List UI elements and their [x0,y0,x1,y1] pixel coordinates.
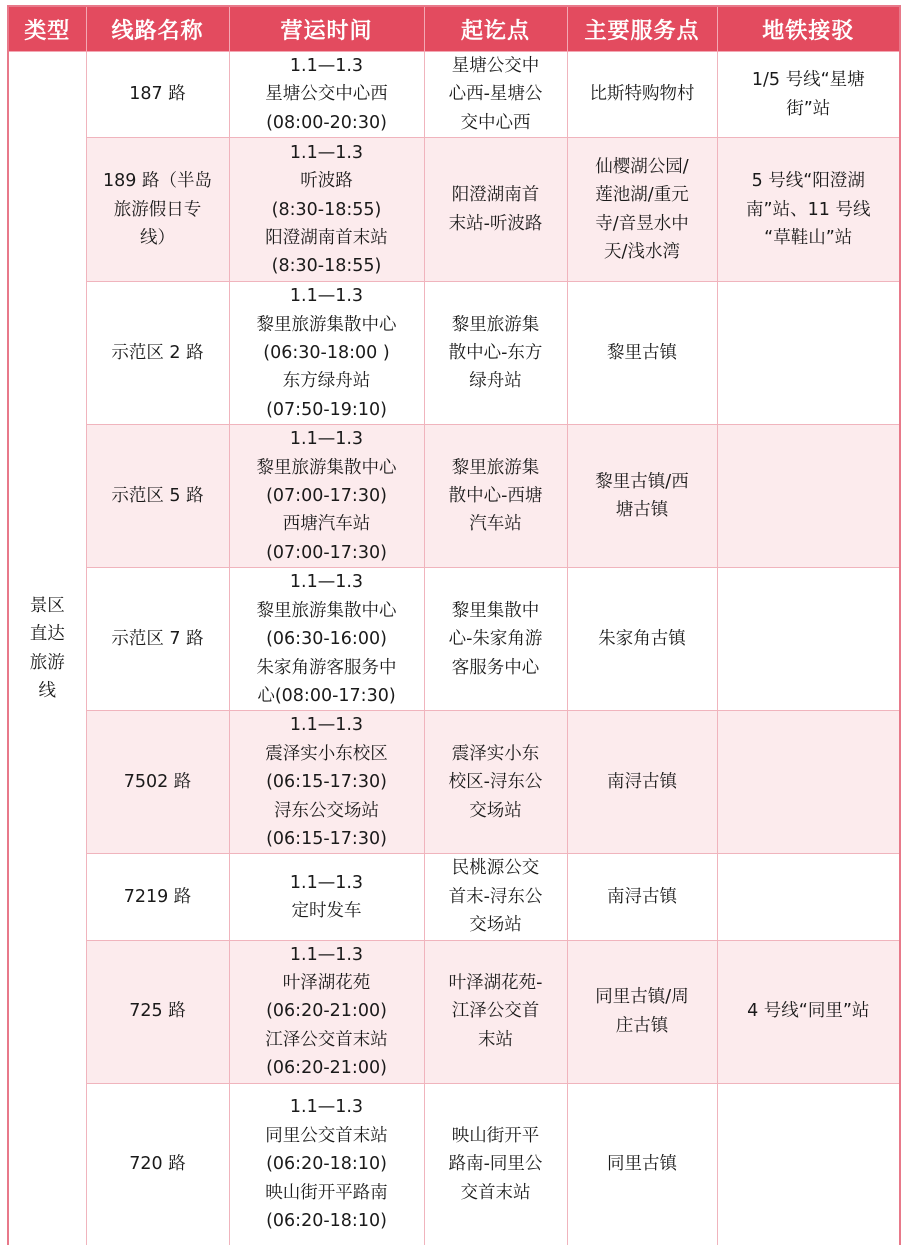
metro-connection-line: 5 号线“阳澄湖 [721,167,897,195]
service-points-line: 塘古镇 [571,496,714,524]
operating-hours-cell: 1.1—1.3听波路(8:30-18:55)阳澄湖南首末站(8:30-18:55… [229,138,424,282]
metro-connection-cell [717,568,900,711]
route-name-line: 7502 路 [90,768,226,796]
operating-hours-line: (06:15-17:30) [233,768,421,796]
category-label-line: 直达 [12,620,83,648]
endpoints-line: 心西-星塘公 [428,80,564,108]
operating-hours-line: 1.1—1.3 [233,425,421,453]
metro-connection-cell: 4 号线“同里”站 [717,940,900,1083]
endpoints-cell: 民桃源公交首末-浔东公交场站 [424,854,567,940]
route-name-line: 725 路 [90,997,226,1025]
metro-connection-line: 街”站 [721,95,897,123]
tourist-route-table: 类型 线路名称 营运时间 起讫点 主要服务点 地铁接驳 景区直达旅游线187 路… [7,5,901,1245]
operating-hours-line: 浔东公交场站 [233,797,421,825]
operating-hours-line: (07:00-17:30) [233,539,421,567]
endpoints-cell: 黎里旅游集散中心-东方绿舟站 [424,282,567,425]
table-row: 景区直达旅游线187 路1.1—1.3星塘公交中心西(08:00-20:30)星… [8,52,900,138]
table-row: 7219 路1.1—1.3定时发车民桃源公交首末-浔东公交场站南浔古镇 [8,854,900,940]
route-name-cell: 示范区 7 路 [86,568,229,711]
service-points-cell: 南浔古镇 [567,711,717,854]
operating-hours-line: 震泽实小东校区 [233,740,421,768]
endpoints-line: 民桃源公交 [428,854,564,882]
service-points-line: 黎里古镇 [571,339,714,367]
service-points-line: 朱家角古镇 [571,625,714,653]
metro-connection-line: 南”站、11 号线 [721,196,897,224]
category-label-line: 旅游 [12,649,83,677]
operating-hours-line: 朱家角游客服务中 [233,654,421,682]
metro-connection-cell: 5 号线“阳澄湖南”站、11 号线“草鞋山”站 [717,138,900,282]
metro-connection-cell: 1/5 号线“星塘街”站 [717,52,900,138]
endpoints-line: 震泽实小东 [428,740,564,768]
endpoints-line: 交中心西 [428,109,564,137]
endpoints-line: 客服务中心 [428,654,564,682]
route-name-line: 7219 路 [90,883,226,911]
operating-hours-line: (06:20-21:00) [233,997,421,1025]
metro-connection-line: 1/5 号线“星塘 [721,66,897,94]
endpoints-cell: 黎里旅游集散中心-西塘汽车站 [424,425,567,568]
service-points-line: 仙樱湖公园/ [571,153,714,181]
operating-hours-line: 阳澄湖南首末站 [233,224,421,252]
operating-hours-line: 黎里旅游集散中心 [233,311,421,339]
endpoints-line: 绿舟站 [428,367,564,395]
endpoints-line: 黎里集散中 [428,597,564,625]
endpoints-line: 黎里旅游集 [428,454,564,482]
operating-hours-line: 1.1—1.3 [233,568,421,596]
table-row: 示范区 7 路1.1—1.3黎里旅游集散中心(06:30-16:00)朱家角游客… [8,568,900,711]
operating-hours-line: 同里公交首末站 [233,1122,421,1150]
table-row: 示范区 5 路1.1—1.3黎里旅游集散中心(07:00-17:30)西塘汽车站… [8,425,900,568]
metro-connection-cell [717,711,900,854]
operating-hours-cell: 1.1—1.3黎里旅游集散中心(07:00-17:30)西塘汽车站(07:00-… [229,425,424,568]
route-name-cell: 720 路 [86,1083,229,1245]
operating-hours-line: (06:20-18:10) [233,1150,421,1178]
endpoints-line: 星塘公交中 [428,52,564,80]
service-points-cell: 黎里古镇/西塘古镇 [567,425,717,568]
operating-hours-cell: 1.1—1.3定时发车 [229,854,424,940]
route-name-cell: 187 路 [86,52,229,138]
header-metro-connection: 地铁接驳 [717,6,900,52]
operating-hours-line: (8:30-18:55) [233,252,421,280]
operating-hours-line: 黎里旅游集散中心 [233,597,421,625]
route-name-line: 示范区 5 路 [90,482,226,510]
metro-connection-line: “草鞋山”站 [721,224,897,252]
operating-hours-line: (8:30-18:55) [233,196,421,224]
service-points-line: 同里古镇/周 [571,983,714,1011]
route-name-line: 示范区 7 路 [90,625,226,653]
operating-hours-line: 听波路 [233,167,421,195]
operating-hours-line: (07:50-19:10) [233,396,421,424]
service-points-cell: 同里古镇/周庄古镇 [567,940,717,1083]
endpoints-cell: 震泽实小东校区-浔东公交场站 [424,711,567,854]
operating-hours-line: 星塘公交中心西 [233,80,421,108]
operating-hours-line: 1.1—1.3 [233,139,421,167]
metro-connection-cell [717,1083,900,1245]
endpoints-line: 黎里旅游集 [428,311,564,339]
route-name-cell: 示范区 5 路 [86,425,229,568]
operating-hours-line: (06:20-18:10) [233,1207,421,1235]
endpoints-line: 叶泽湖花苑- [428,969,564,997]
operating-hours-cell: 1.1—1.3星塘公交中心西(08:00-20:30) [229,52,424,138]
operating-hours-line: 1.1—1.3 [233,52,421,80]
endpoints-cell: 星塘公交中心西-星塘公交中心西 [424,52,567,138]
operating-hours-line: 叶泽湖花苑 [233,969,421,997]
route-name-line: 示范区 2 路 [90,339,226,367]
endpoints-line: 首末-浔东公 [428,883,564,911]
table-row: 示范区 2 路1.1—1.3黎里旅游集散中心(06:30-18:00 )东方绿舟… [8,282,900,425]
operating-hours-line: 1.1—1.3 [233,869,421,897]
route-name-cell: 725 路 [86,940,229,1083]
endpoints-line: 末站-听波路 [428,210,564,238]
operating-hours-line: 1.1—1.3 [233,1093,421,1121]
metro-connection-cell [717,425,900,568]
endpoints-line: 江泽公交首 [428,997,564,1025]
operating-hours-line: 江泽公交首末站 [233,1026,421,1054]
header-operating-hours: 营运时间 [229,6,424,52]
route-name-line: 187 路 [90,80,226,108]
operating-hours-line: (08:00-20:30) [233,109,421,137]
endpoints-line: 阳澄湖南首 [428,181,564,209]
service-points-cell: 黎里古镇 [567,282,717,425]
service-points-cell: 仙樱湖公园/莲池湖/重元寺/音昱水中天/浅水湾 [567,138,717,282]
operating-hours-cell: 1.1—1.3震泽实小东校区(06:15-17:30)浔东公交场站(06:15-… [229,711,424,854]
service-points-line: 南浔古镇 [571,768,714,796]
operating-hours-line: (06:15-17:30) [233,825,421,853]
route-name-line: 旅游假日专 [90,196,226,224]
route-name-line: 720 路 [90,1150,226,1178]
operating-hours-line: 东方绿舟站 [233,367,421,395]
operating-hours-cell: 1.1—1.3同里公交首末站(06:20-18:10)映山街开平路南(06:20… [229,1083,424,1245]
route-name-line: 189 路（半岛 [90,167,226,195]
endpoints-line: 校区-浔东公 [428,768,564,796]
operating-hours-line: 1.1—1.3 [233,941,421,969]
operating-hours-line: 映山街开平路南 [233,1179,421,1207]
endpoints-line: 心-朱家角游 [428,625,564,653]
endpoints-cell: 映山街开平路南-同里公交首末站 [424,1083,567,1245]
service-points-line: 寺/音昱水中 [571,210,714,238]
route-name-cell: 7502 路 [86,711,229,854]
endpoints-line: 汽车站 [428,510,564,538]
endpoints-line: 末站 [428,1026,564,1054]
endpoints-line: 散中心-东方 [428,339,564,367]
category-label-line: 景区 [12,592,83,620]
operating-hours-line: 西塘汽车站 [233,510,421,538]
service-points-cell: 同里古镇 [567,1083,717,1245]
endpoints-cell: 叶泽湖花苑-江泽公交首末站 [424,940,567,1083]
header-service-points: 主要服务点 [567,6,717,52]
metro-connection-cell [717,854,900,940]
table-row: 720 路1.1—1.3同里公交首末站(06:20-18:10)映山街开平路南(… [8,1083,900,1245]
category-cell: 景区直达旅游线 [8,52,86,1245]
header-endpoints: 起讫点 [424,6,567,52]
service-points-cell: 比斯特购物村 [567,52,717,138]
endpoints-cell: 黎里集散中心-朱家角游客服务中心 [424,568,567,711]
service-points-cell: 南浔古镇 [567,854,717,940]
route-name-cell: 示范区 2 路 [86,282,229,425]
operating-hours-line: 心(08:00-17:30) [233,682,421,710]
operating-hours-cell: 1.1—1.3叶泽湖花苑(06:20-21:00)江泽公交首末站(06:20-2… [229,940,424,1083]
header-type: 类型 [8,6,86,52]
operating-hours-line: (06:30-18:00 ) [233,339,421,367]
metro-connection-line: 4 号线“同里”站 [721,997,897,1025]
endpoints-line: 映山街开平 [428,1122,564,1150]
table-row: 189 路（半岛旅游假日专线）1.1—1.3听波路(8:30-18:55)阳澄湖… [8,138,900,282]
operating-hours-line: (06:30-16:00) [233,625,421,653]
table-row: 725 路1.1—1.3叶泽湖花苑(06:20-21:00)江泽公交首末站(06… [8,940,900,1083]
endpoints-line: 交场站 [428,911,564,939]
operating-hours-cell: 1.1—1.3黎里旅游集散中心(06:30-16:00)朱家角游客服务中心(08… [229,568,424,711]
service-points-line: 比斯特购物村 [571,80,714,108]
service-points-line: 天/浅水湾 [571,238,714,266]
operating-hours-line: 定时发车 [233,897,421,925]
route-name-cell: 7219 路 [86,854,229,940]
table-row: 7502 路1.1—1.3震泽实小东校区(06:15-17:30)浔东公交场站(… [8,711,900,854]
service-points-line: 莲池湖/重元 [571,181,714,209]
endpoints-cell: 阳澄湖南首末站-听波路 [424,138,567,282]
operating-hours-cell: 1.1—1.3黎里旅游集散中心(06:30-18:00 )东方绿舟站(07:50… [229,282,424,425]
header-route-name: 线路名称 [86,6,229,52]
metro-connection-cell [717,282,900,425]
operating-hours-line: 1.1—1.3 [233,282,421,310]
service-points-line: 南浔古镇 [571,883,714,911]
operating-hours-line: 1.1—1.3 [233,711,421,739]
service-points-line: 黎里古镇/西 [571,468,714,496]
table-header-row: 类型 线路名称 营运时间 起讫点 主要服务点 地铁接驳 [8,6,900,52]
route-name-cell: 189 路（半岛旅游假日专线） [86,138,229,282]
operating-hours-line: (07:00-17:30) [233,482,421,510]
service-points-line: 同里古镇 [571,1150,714,1178]
operating-hours-line: (06:20-21:00) [233,1054,421,1082]
endpoints-line: 路南-同里公 [428,1150,564,1178]
endpoints-line: 交场站 [428,797,564,825]
service-points-line: 庄古镇 [571,1012,714,1040]
service-points-cell: 朱家角古镇 [567,568,717,711]
category-label-line: 线 [12,677,83,705]
endpoints-line: 散中心-西塘 [428,482,564,510]
endpoints-line: 交首末站 [428,1179,564,1207]
route-name-line: 线） [90,224,226,252]
operating-hours-line: 黎里旅游集散中心 [233,454,421,482]
